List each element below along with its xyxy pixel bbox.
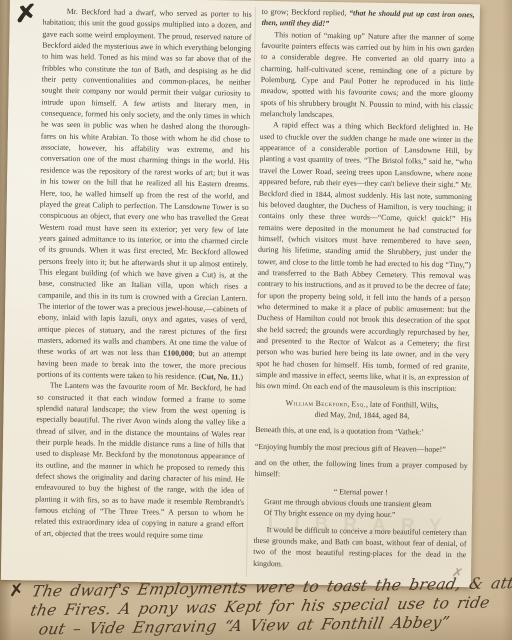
text-segment: of Bath, and despising as he did their p… [37,65,251,358]
paragraph: “Enjoying humbly the most precious gift … [255,441,468,456]
paragraph: to grow; Beckford replied, “that he shou… [262,6,475,32]
text-segment: This notion of “making up” Nature after … [260,30,474,119]
paragraph: A rapid effect was a thing which Beckfor… [256,119,473,395]
album-page: { "colors": { "album_paper": "#ccb897", … [0,0,512,640]
text-segment: to grow; Beckford replied, [262,7,350,17]
handwritten-annotation: ✗ The dwarf's Employments were to toast … [6,574,512,640]
text-segment: Esq. [351,399,366,408]
text-segment: Beneath this, at one end, is a quotation… [255,425,424,437]
text-segment: Mr. Beckford had a dwarf, who served as … [42,7,252,74]
text-segment: ) [240,373,243,382]
text-segment: The Lantern was the favourite room of Mr… [35,381,246,540]
clipping-left-column: Mr. Beckford had a dwarf, who served as … [34,6,252,579]
text-segment: William Beckford [286,398,348,408]
newspaper-clipping: ✗ Mr. Beckford had a dwarf, who served a… [1,0,480,587]
text-segment: “ Eternal power ! [334,487,388,497]
paragraph: The Lantern was the favourite room of Mr… [34,380,245,542]
text-segment: Cut, No. 11. [201,372,240,382]
paragraph: Mr. Beckford had a dwarf, who served as … [37,6,252,384]
text-segment: and on the other, the following lines fr… [254,458,467,479]
text-segment: “Enjoying humbly the most precious gift … [255,442,446,454]
library-stamp-watermark: LIBRARY [268,513,457,538]
clipping-right-column: to grow; Beckford replied, “that he shou… [253,6,475,585]
text-segment: , late of Fonthill, Wilts, [366,399,439,409]
text-segment: £100,000 [163,349,192,358]
paragraph: Beneath this, at one end, is a quotation… [255,424,468,439]
annotation-cross-icon: ✗ [7,581,26,599]
text-segment: ton [131,65,141,74]
footnote-cross-icon: ✗ [12,2,40,27]
paragraph: and on the other, the following lines fr… [254,457,467,483]
text-segment: A rapid effect was a thing which Beckfor… [256,121,473,394]
paragraph: This notion of “making up” Nature after … [260,29,474,123]
text-segment: died May, 2nd, 1844, aged 84, [315,410,410,420]
